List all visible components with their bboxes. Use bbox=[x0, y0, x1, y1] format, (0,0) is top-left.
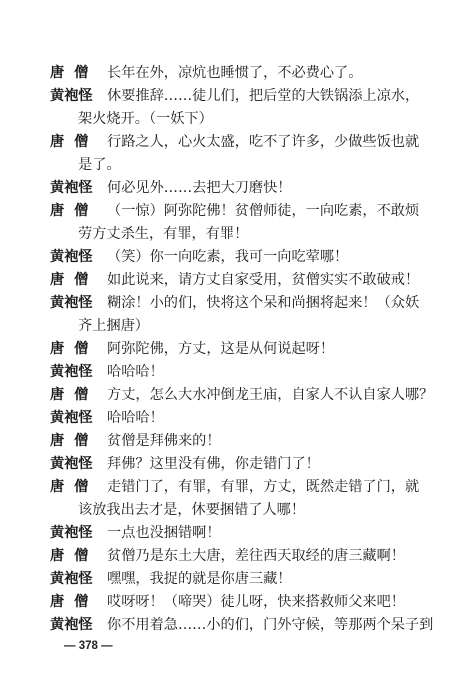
continuation-line: 是了。 bbox=[50, 154, 430, 177]
speech-text: 齐上捆唐） bbox=[78, 315, 149, 338]
speech-text: 贫僧是拜佛来的！ bbox=[107, 430, 221, 453]
dialogue-line: 黄袍怪何必见外……去把大刀磨快！ bbox=[50, 177, 430, 200]
speaker-name: 唐 僧 bbox=[50, 62, 88, 85]
speech-text: 哎呀呀！（啼哭）徒儿呀，快来搭救师父来吧！ bbox=[107, 591, 405, 614]
dialogue-line: 唐 僧哎呀呀！（啼哭）徒儿呀，快来搭救师父来吧！ bbox=[50, 591, 430, 614]
dialogue-line: 黄袍怪一点也没捆错啊！ bbox=[50, 522, 430, 545]
speaker-name: 唐 僧 bbox=[50, 476, 88, 499]
speaker-name: 黄袍怪 bbox=[50, 361, 93, 384]
page-number: — 378 — bbox=[64, 640, 113, 652]
speech-text: 阿弥陀佛，方丈，这是从何说起呀！ bbox=[107, 338, 334, 361]
dialogue-line: 唐 僧如此说来，请方丈自家受用，贫僧实实不敢破戒！ bbox=[50, 269, 430, 292]
speech-text: 糊涂！小的们，快将这个呆和尚捆将起来！（众妖 bbox=[107, 292, 419, 315]
speaker-name: 黄袍怪 bbox=[50, 453, 93, 476]
dialogue-line: 唐 僧长年在外，凉炕也睡惯了，不必费心了。 bbox=[50, 62, 430, 85]
speaker-name: 黄袍怪 bbox=[50, 85, 93, 108]
speaker-name: 黄袍怪 bbox=[50, 407, 93, 430]
speech-text: （笑）你一向吃素，我可一向吃荤哪！ bbox=[107, 246, 348, 269]
dialogue-line: 黄袍怪糊涂！小的们，快将这个呆和尚捆将起来！（众妖 bbox=[50, 292, 430, 315]
dialogue-line: 黄袍怪（笑）你一向吃素，我可一向吃荤哪！ bbox=[50, 246, 430, 269]
dialogue-line: 黄袍怪哈哈哈！ bbox=[50, 361, 430, 384]
speaker-name: 唐 僧 bbox=[50, 200, 88, 223]
continuation-line: 该放我出去才是，休要捆错了人哪！ bbox=[50, 499, 430, 522]
dialogue-line: 黄袍怪嘿嘿，我捉的就是你唐三藏！ bbox=[50, 568, 430, 591]
speech-text: 一点也没捆错啊！ bbox=[107, 522, 221, 545]
dialogue-line: 黄袍怪休要推辞……徒儿们，把后堂的大铁锅添上凉水， bbox=[50, 85, 430, 108]
speech-text: （一惊）阿弥陀佛！贫僧师徒，一向吃素，不敢烦 bbox=[107, 200, 419, 223]
speaker-name: 唐 僧 bbox=[50, 338, 88, 361]
dialogue-line: 唐 僧走错门了，有罪，有罪，方丈，既然走错了门，就 bbox=[50, 476, 430, 499]
dialogue-line: 黄袍怪你不用着急……小的们，门外守候，等那两个呆子到 bbox=[50, 614, 430, 637]
dialogue-line: 唐 僧方丈，怎么大水冲倒龙王庙，自家人不认自家人哪？ bbox=[50, 384, 430, 407]
speech-text: 贫僧乃是东土大唐，差往西天取经的唐三藏啊！ bbox=[107, 545, 405, 568]
speech-text: 该放我出去才是，休要捆错了人哪！ bbox=[78, 499, 305, 522]
speech-text: 长年在外，凉炕也睡惯了，不必费心了。 bbox=[107, 62, 362, 85]
dialogue-line: 黄袍怪拜佛？这里没有佛，你走错门了！ bbox=[50, 453, 430, 476]
dialogue-line: 唐 僧贫僧乃是东土大唐，差往西天取经的唐三藏啊！ bbox=[50, 545, 430, 568]
speech-text: 何必见外……去把大刀磨快！ bbox=[107, 177, 291, 200]
continuation-line: 齐上捆唐） bbox=[50, 315, 430, 338]
dialogue-line: 唐 僧（一惊）阿弥陀佛！贫僧师徒，一向吃素，不敢烦 bbox=[50, 200, 430, 223]
speech-text: 拜佛？这里没有佛，你走错门了！ bbox=[107, 453, 320, 476]
continuation-line: 架火烧开。（一妖下） bbox=[50, 108, 430, 131]
speech-text: 哈哈哈！ bbox=[107, 361, 164, 384]
speaker-name: 唐 僧 bbox=[50, 430, 88, 453]
speaker-name: 黄袍怪 bbox=[50, 614, 93, 637]
speech-text: 劳方丈杀生，有罪，有罪！ bbox=[78, 223, 248, 246]
speech-text: 架火烧开。（一妖下） bbox=[78, 108, 213, 131]
speech-text: 行路之人，心火太盛，吃不了许多，少做些饭也就 bbox=[107, 131, 419, 154]
speaker-name: 黄袍怪 bbox=[50, 177, 93, 200]
speech-text: 方丈，怎么大水冲倒龙王庙，自家人不认自家人哪？ bbox=[107, 384, 433, 407]
speaker-name: 黄袍怪 bbox=[50, 522, 93, 545]
script-lines: 唐 僧长年在外，凉炕也睡惯了，不必费心了。 黄袍怪休要推辞……徒儿们，把后堂的大… bbox=[50, 62, 430, 637]
speaker-name: 唐 僧 bbox=[50, 384, 88, 407]
speaker-name: 黄袍怪 bbox=[50, 246, 93, 269]
dialogue-line: 黄袍怪哈哈哈！ bbox=[50, 407, 430, 430]
document-page: 唐 僧长年在外，凉炕也睡惯了，不必费心了。 黄袍怪休要推辞……徒儿们，把后堂的大… bbox=[0, 0, 476, 690]
speech-text: 休要推辞……徒儿们，把后堂的大铁锅添上凉水， bbox=[107, 85, 419, 108]
speech-text: 走错门了，有罪，有罪，方丈，既然走错了门，就 bbox=[107, 476, 419, 499]
dialogue-line: 唐 僧阿弥陀佛，方丈，这是从何说起呀！ bbox=[50, 338, 430, 361]
speaker-name: 黄袍怪 bbox=[50, 568, 93, 591]
speaker-name: 唐 僧 bbox=[50, 269, 88, 292]
speech-text: 你不用着急……小的们，门外守候，等那两个呆子到 bbox=[107, 614, 433, 637]
speech-text: 哈哈哈！ bbox=[107, 407, 164, 430]
speaker-name: 黄袍怪 bbox=[50, 292, 93, 315]
speech-text: 如此说来，请方丈自家受用，贫僧实实不敢破戒！ bbox=[107, 269, 419, 292]
dialogue-line: 唐 僧行路之人，心火太盛，吃不了许多，少做些饭也就 bbox=[50, 131, 430, 154]
speaker-name: 唐 僧 bbox=[50, 131, 88, 154]
speech-text: 是了。 bbox=[78, 154, 121, 177]
continuation-line: 劳方丈杀生，有罪，有罪！ bbox=[50, 223, 430, 246]
speaker-name: 唐 僧 bbox=[50, 545, 88, 568]
speaker-name: 唐 僧 bbox=[50, 591, 88, 614]
dialogue-line: 唐 僧贫僧是拜佛来的！ bbox=[50, 430, 430, 453]
speech-text: 嘿嘿，我捉的就是你唐三藏！ bbox=[107, 568, 291, 591]
